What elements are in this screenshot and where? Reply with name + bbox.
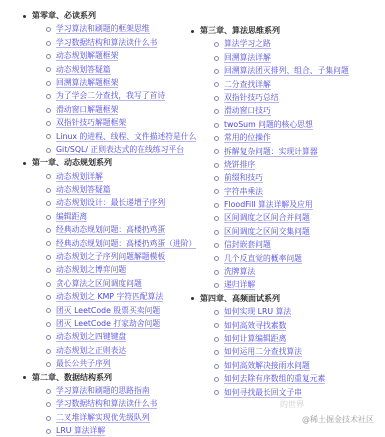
article-link[interactable]: 动态规划设计：最长递增子序列 bbox=[56, 198, 165, 208]
article-list: 学习算法和刷题的思路指南学习数据结构和算法读什么书二叉堆详解实现优先级队列LRU… bbox=[21, 384, 191, 437]
article-list-item: LRU 算法详解 bbox=[46, 424, 191, 437]
article-list-item: 动态规划之正则表达 bbox=[46, 344, 191, 357]
article-list-item: 拆解复杂问题：实现计算器 bbox=[214, 145, 385, 158]
article-link[interactable]: 为了学会二分查找，我写了首诗 bbox=[56, 91, 165, 101]
article-link[interactable]: 团灭 LeetCode 股票买卖问题 bbox=[56, 306, 160, 316]
article-list-item: 洗牌算法 bbox=[214, 265, 385, 278]
article-list-item: 动态规划之四键键盘 bbox=[46, 330, 191, 343]
watermark-juejin: @稀土掘金技术社区 bbox=[302, 414, 374, 425]
article-list-item: 经典动态规划问题：高楼扔鸡蛋 bbox=[46, 223, 191, 236]
article-link[interactable]: 滑动窗口技巧 bbox=[224, 106, 271, 116]
article-list-item: 二叉堆详解实现优先级队列 bbox=[46, 411, 191, 424]
chapter-section: 第三章、算法思维系列算法学习之路回溯算法详解回溯算法团灭排列、组合、子集问题二分… bbox=[189, 24, 385, 292]
article-link[interactable]: 回溯算法解题框架 bbox=[56, 78, 118, 88]
article-list-item: twoSum 问题的核心思想 bbox=[214, 118, 385, 131]
article-link[interactable]: 递归详解 bbox=[224, 280, 255, 290]
chapter-section: 第二章、数据结构系列学习算法和刷题的思路指南学习数据结构和算法读什么书二叉堆详解… bbox=[21, 371, 191, 437]
article-link[interactable]: 前缀和技巧 bbox=[224, 173, 263, 183]
article-link[interactable]: 双指针技巧总结 bbox=[224, 93, 279, 103]
article-list-item: 字符串乘法 bbox=[214, 185, 385, 198]
article-list-item: 前缀和技巧 bbox=[214, 171, 385, 184]
article-list-item: 如何去除有序数组的重复元素 bbox=[214, 372, 385, 385]
article-list-item: 最长公共子序列 bbox=[46, 357, 191, 370]
article-list-item: 常用的位操作 bbox=[214, 131, 385, 144]
article-link[interactable]: 二分查找详解 bbox=[224, 80, 271, 90]
article-list-item: 烧饼排序 bbox=[214, 158, 385, 171]
article-list-item: 如何实现 LRU 算法 bbox=[214, 305, 385, 318]
article-list-item: Linux 的进程、线程、文件描述符是什么 bbox=[46, 130, 191, 143]
article-list-item: 二分查找详解 bbox=[214, 78, 385, 91]
article-link[interactable]: 学习算法和刷题的思路指南 bbox=[56, 386, 150, 396]
chapter-section: 第一章、动态规划系列动态规划详解动态规划答疑篇动态规划设计：最长递增子序列编辑距… bbox=[21, 156, 191, 370]
chapter-section: 第四章、高频面试系列如何实现 LRU 算法如何高效寻找素数如何计算编辑距离如何运… bbox=[189, 292, 385, 399]
article-list-item: 如何高效解决接雨水问题 bbox=[214, 359, 385, 372]
article-list-item: 动态规划之 KMP 字符匹配算法 bbox=[46, 290, 191, 303]
article-list-item: 学习算法和刷题的框架思维 bbox=[46, 22, 191, 35]
chapter-title: 第一章、动态规划系列 bbox=[21, 156, 191, 169]
chapter-title: 第三章、算法思维系列 bbox=[189, 24, 385, 37]
article-link[interactable]: 团灭 LeetCode 打家劫舍问题 bbox=[56, 319, 160, 329]
article-link[interactable]: 学习算法和刷题的框架思维 bbox=[56, 24, 150, 34]
article-list-item: FloodFill 算法详解及应用 bbox=[214, 198, 385, 211]
article-list-item: 编辑距离 bbox=[46, 210, 191, 223]
article-link[interactable]: 几个反直觉的概率问题 bbox=[224, 254, 302, 264]
article-list-item: 动态规划答疑篇 bbox=[46, 63, 191, 76]
article-link[interactable]: 动态规划之子序列问题解题模板 bbox=[56, 252, 165, 262]
article-link[interactable]: 常用的位操作 bbox=[224, 133, 271, 143]
article-link[interactable]: 贪心算法之区间调度问题 bbox=[56, 279, 142, 289]
article-list-item: 学习数据结构和算法读什么书 bbox=[46, 36, 191, 49]
article-link[interactable]: 如何寻找最长回文子串 bbox=[224, 388, 302, 398]
article-link[interactable]: 动态规划之博弈问题 bbox=[56, 265, 126, 275]
article-list-item: 回溯算法详解 bbox=[214, 51, 385, 64]
article-list-item: 学习数据结构和算法读什么书 bbox=[46, 397, 191, 410]
article-list: 算法学习之路回溯算法详解回溯算法团灭排列、组合、子集问题二分查找详解双指针技巧总… bbox=[189, 37, 385, 291]
chapter-section: 第零章、必读系列学习算法和刷题的框架思维学习数据结构和算法读什么书动态规划解题框… bbox=[21, 9, 191, 156]
article-link[interactable]: 算法学习之路 bbox=[224, 39, 271, 49]
article-list-item: 如何高效寻找素数 bbox=[214, 319, 385, 332]
article-list: 如何实现 LRU 算法如何高效寻找素数如何计算编辑距离如何运用二分查找算法如何高… bbox=[189, 305, 385, 399]
chapter-title: 第四章、高频面试系列 bbox=[189, 292, 385, 305]
article-list-item: 算法学习之路 bbox=[214, 37, 385, 50]
article-list-item: 经典动态规划问题：高楼扔鸡蛋（进阶） bbox=[46, 237, 191, 250]
article-list-item: 动态规划解题框架 bbox=[46, 49, 191, 62]
article-link[interactable]: 如何计算编辑距离 bbox=[224, 334, 286, 344]
article-list-item: 滑动窗口解题框架 bbox=[46, 103, 191, 116]
article-link[interactable]: 学习数据结构和算法读什么书 bbox=[56, 399, 157, 409]
right-column: 第三章、算法思维系列算法学习之路回溯算法详解回溯算法团灭排列、组合、子集问题二分… bbox=[189, 24, 385, 399]
article-list-item: 团灭 LeetCode 打家劫舍问题 bbox=[46, 317, 191, 330]
chapter-title: 第零章、必读系列 bbox=[21, 9, 191, 22]
article-link[interactable]: 动态规划之四键键盘 bbox=[56, 332, 126, 342]
article-link[interactable]: 区间调度之区间合并问题 bbox=[224, 213, 310, 223]
article-list-item: 滑动窗口技巧 bbox=[214, 104, 385, 117]
article-link[interactable]: 回溯算法团灭排列、组合、子集问题 bbox=[224, 66, 349, 76]
article-list-item: 动态规划设计：最长递增子序列 bbox=[46, 196, 191, 209]
article-link[interactable]: LRU 算法详解 bbox=[56, 426, 105, 436]
article-list-item: 回溯算法团灭排列、组合、子集问题 bbox=[214, 64, 385, 77]
article-link[interactable]: 滑动窗口解题框架 bbox=[56, 105, 118, 115]
article-link[interactable]: 二叉堆详解实现优先级队列 bbox=[56, 413, 150, 423]
article-list: 学习算法和刷题的框架思维学习数据结构和算法读什么书动态规划解题框架动态规划答疑篇… bbox=[21, 22, 191, 156]
article-link[interactable]: FloodFill 算法详解及应用 bbox=[224, 200, 313, 210]
article-list-item: 动态规划详解 bbox=[46, 170, 191, 183]
article-link[interactable]: 回溯算法详解 bbox=[224, 53, 271, 63]
article-link[interactable]: 动态规划详解 bbox=[56, 172, 103, 182]
article-link[interactable]: 动态规划答疑篇 bbox=[56, 185, 111, 195]
article-link[interactable]: 如何去除有序数组的重复元素 bbox=[224, 374, 325, 384]
article-link[interactable]: 区间调度之区间交集问题 bbox=[224, 227, 310, 237]
article-link[interactable]: 动态规划答疑篇 bbox=[56, 65, 111, 75]
chapter-list-left: 第零章、必读系列学习算法和刷题的框架思维学习数据结构和算法读什么书动态规划解题框… bbox=[21, 9, 191, 437]
chapter-list-right: 第三章、算法思维系列算法学习之路回溯算法详解回溯算法团灭排列、组合、子集问题二分… bbox=[189, 24, 385, 399]
article-link[interactable]: 信封嵌套问题 bbox=[224, 240, 271, 250]
article-list-item: 动态规划之子序列问题解题模板 bbox=[46, 250, 191, 263]
article-link[interactable]: 如何高效寻找素数 bbox=[224, 321, 286, 331]
article-list-item: 如何寻找最长回文子串 bbox=[214, 386, 385, 399]
article-link[interactable]: 字符串乘法 bbox=[224, 187, 263, 197]
article-list-item: 贪心算法之区间调度问题 bbox=[46, 277, 191, 290]
chapter-title: 第二章、数据结构系列 bbox=[21, 371, 191, 384]
article-list-item: 学习算法和刷题的思路指南 bbox=[46, 384, 191, 397]
article-link[interactable]: 动态规划之 KMP 字符匹配算法 bbox=[56, 292, 163, 302]
article-link[interactable]: 经典动态规划问题：高楼扔鸡蛋 bbox=[56, 225, 165, 235]
article-list-item: 区间调度之区间合并问题 bbox=[214, 211, 385, 224]
article-link[interactable]: twoSum 问题的核心思想 bbox=[224, 120, 313, 130]
article-list-item: 如何计算编辑距离 bbox=[214, 332, 385, 345]
article-link[interactable]: 拆解复杂问题：实现计算器 bbox=[224, 147, 318, 157]
article-link[interactable]: 经典动态规划问题：高楼扔鸡蛋（进阶） bbox=[56, 239, 196, 249]
article-link[interactable]: 动态规划之正则表达 bbox=[56, 346, 126, 356]
article-list: 动态规划详解动态规划答疑篇动态规划设计：最长递增子序列编辑距离经典动态规划问题：… bbox=[21, 170, 191, 371]
article-link[interactable]: 如何高效解决接雨水问题 bbox=[224, 361, 310, 371]
article-list-item: 双指针技巧解题框架 bbox=[46, 116, 191, 129]
article-list-item: 几个反直觉的概率问题 bbox=[214, 252, 385, 265]
article-link[interactable]: 如何运用二分查找算法 bbox=[224, 347, 302, 357]
article-list-item: 回溯算法解题框架 bbox=[46, 76, 191, 89]
article-link[interactable]: 编辑距离 bbox=[56, 212, 87, 222]
article-list-item: 递归详解 bbox=[214, 278, 385, 291]
article-link[interactable]: 最长公共子序列 bbox=[56, 359, 111, 369]
article-link[interactable]: 动态规划解题框架 bbox=[56, 51, 118, 61]
article-link[interactable]: 学习数据结构和算法读什么书 bbox=[56, 38, 157, 48]
article-list-item: 区间调度之区间交集问题 bbox=[214, 225, 385, 238]
article-list-item: 双指针技巧总结 bbox=[214, 91, 385, 104]
article-link[interactable]: 烧饼排序 bbox=[224, 160, 255, 170]
article-list-item: 为了学会二分查找，我写了首诗 bbox=[46, 89, 191, 102]
article-link[interactable]: 如何实现 LRU 算法 bbox=[224, 307, 291, 317]
article-link[interactable]: Git/SQL/ 正则表达式的在线练习平台 bbox=[56, 145, 184, 155]
article-list-item: Git/SQL/ 正则表达式的在线练习平台 bbox=[46, 143, 191, 156]
article-link[interactable]: 洗牌算法 bbox=[224, 267, 255, 277]
article-list-item: 动态规划答疑篇 bbox=[46, 183, 191, 196]
article-list-item: 团灭 LeetCode 股票买卖问题 bbox=[46, 304, 191, 317]
article-link[interactable]: 双指针技巧解题框架 bbox=[56, 118, 126, 128]
article-link[interactable]: Linux 的进程、线程、文件描述符是什么 bbox=[56, 132, 196, 142]
watermark-faint: 的世界 bbox=[280, 399, 304, 410]
article-list-item: 如何运用二分查找算法 bbox=[214, 345, 385, 358]
article-list-item: 动态规划之博弈问题 bbox=[46, 263, 191, 276]
article-list-item: 信封嵌套问题 bbox=[214, 238, 385, 251]
left-column: 第零章、必读系列学习算法和刷题的框架思维学习数据结构和算法读什么书动态规划解题框… bbox=[21, 9, 191, 437]
